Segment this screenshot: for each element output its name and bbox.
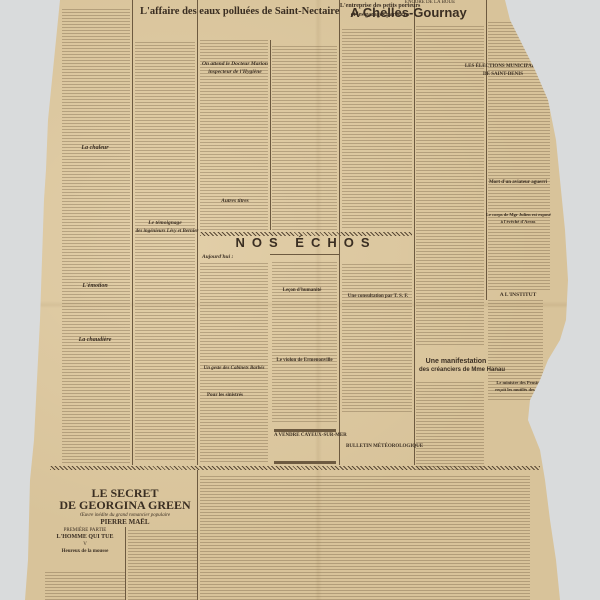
headline-eaux-polluees: L'affaire des eaux polluées de Saint-Nec…: [140, 6, 338, 17]
headline-ministre: Le ministre des Pensions: [490, 381, 550, 386]
feuilleton-title-2: DE GEORGINA GREEN: [45, 499, 205, 512]
headline-corps-2: à l'évêché d'Arras: [486, 220, 550, 225]
column-7-text: [488, 20, 550, 290]
newspaper-page: L'affaire des eaux polluées de Saint-Nec…: [0, 0, 600, 600]
vendre-bar-top: [274, 429, 336, 432]
feuilleton-rule: [125, 527, 126, 600]
headline-institut: A L'INSTITUT: [486, 293, 550, 299]
headline-autres: Autres titres: [200, 199, 270, 205]
bottom-text: [200, 476, 530, 600]
feuilleton-part: PREMIÈRE PARTIE: [45, 528, 125, 533]
echos-col-2: [272, 262, 337, 422]
headline-corps: Le corps de Mgr Julien est exposé: [486, 213, 550, 218]
column-rule: [414, 0, 415, 465]
feuilleton-outer-rule: [197, 470, 198, 600]
headline-docteur: On attend le Docteur Marion: [200, 62, 270, 68]
headline-bulletin: BULLETIN MÉTÉOROLOGIQUE: [346, 444, 416, 449]
headline-nos-echos: NOS ÉCHOS: [200, 236, 412, 250]
feuilleton-chapter: Heureux de la mousse: [45, 549, 125, 554]
echos-col-1: [200, 262, 268, 462]
feuilleton-chapter-num: V: [45, 542, 125, 547]
headline-manifestation-2: des créanciers de Mme Hanau: [412, 367, 512, 373]
headline-lecon: Leçon d'humanité: [272, 288, 332, 293]
headline-emotion: L'émotion: [60, 283, 130, 289]
feuilleton-author: PIERRE MAËL: [45, 519, 205, 526]
headline-temoignage: Le témoignage: [135, 221, 195, 227]
column-4-text: [272, 45, 337, 230]
headline-chelles: A Chelles-Gournay: [336, 6, 481, 20]
section-divider: [50, 466, 540, 470]
headline-ministre-2: reçoit les mutilés des yeux: [490, 388, 550, 393]
column-rule: [270, 40, 271, 230]
headline-a-vendre: A VENDRE CAYEUX-SUR-MER: [274, 433, 336, 438]
column-2-text: [135, 40, 195, 460]
headline-elections-2: DE SAINT-DENIS: [458, 72, 548, 77]
headline-temoignage-2: des ingénieurs Lévy et Bernier: [132, 229, 202, 234]
headline-geste: Un geste des Cabinets Barbés: [200, 366, 268, 371]
headline-docteur-2: inspecteur de l'Hygiène: [200, 70, 270, 76]
headline-chaleur: La chaleur: [60, 145, 130, 151]
echos-underline: [270, 254, 340, 255]
feuilleton-col-1: [45, 570, 125, 600]
headline-violon: Le violon de Ermenonville: [272, 358, 337, 363]
headline-consultation: Une consultation par T. S. F.: [342, 294, 414, 299]
column-8-text: [416, 380, 484, 470]
headline-aujourdhui: Aujourd'hui :: [202, 255, 233, 261]
headline-sinistres: Pour les sinistrés: [200, 393, 250, 398]
column-5-text: [342, 28, 412, 228]
echos-col-3: [342, 262, 412, 412]
headline-manifestation: Une manifestation: [416, 358, 496, 365]
column-rule: [486, 0, 487, 300]
headline-mort-aviateur: Mort d'un aviateur aguerri: [486, 180, 550, 185]
feuilleton-col-2: [128, 530, 198, 600]
vendre-bar-bottom: [274, 461, 336, 464]
headline-elections: LES ÉLECTIONS MUNICIPALES: [458, 64, 548, 69]
column-1-text: [62, 8, 130, 463]
feuilleton-part-title: L'HOMME QUI TUE: [45, 534, 125, 540]
headline-chaudiere: La chaudière: [60, 337, 130, 343]
